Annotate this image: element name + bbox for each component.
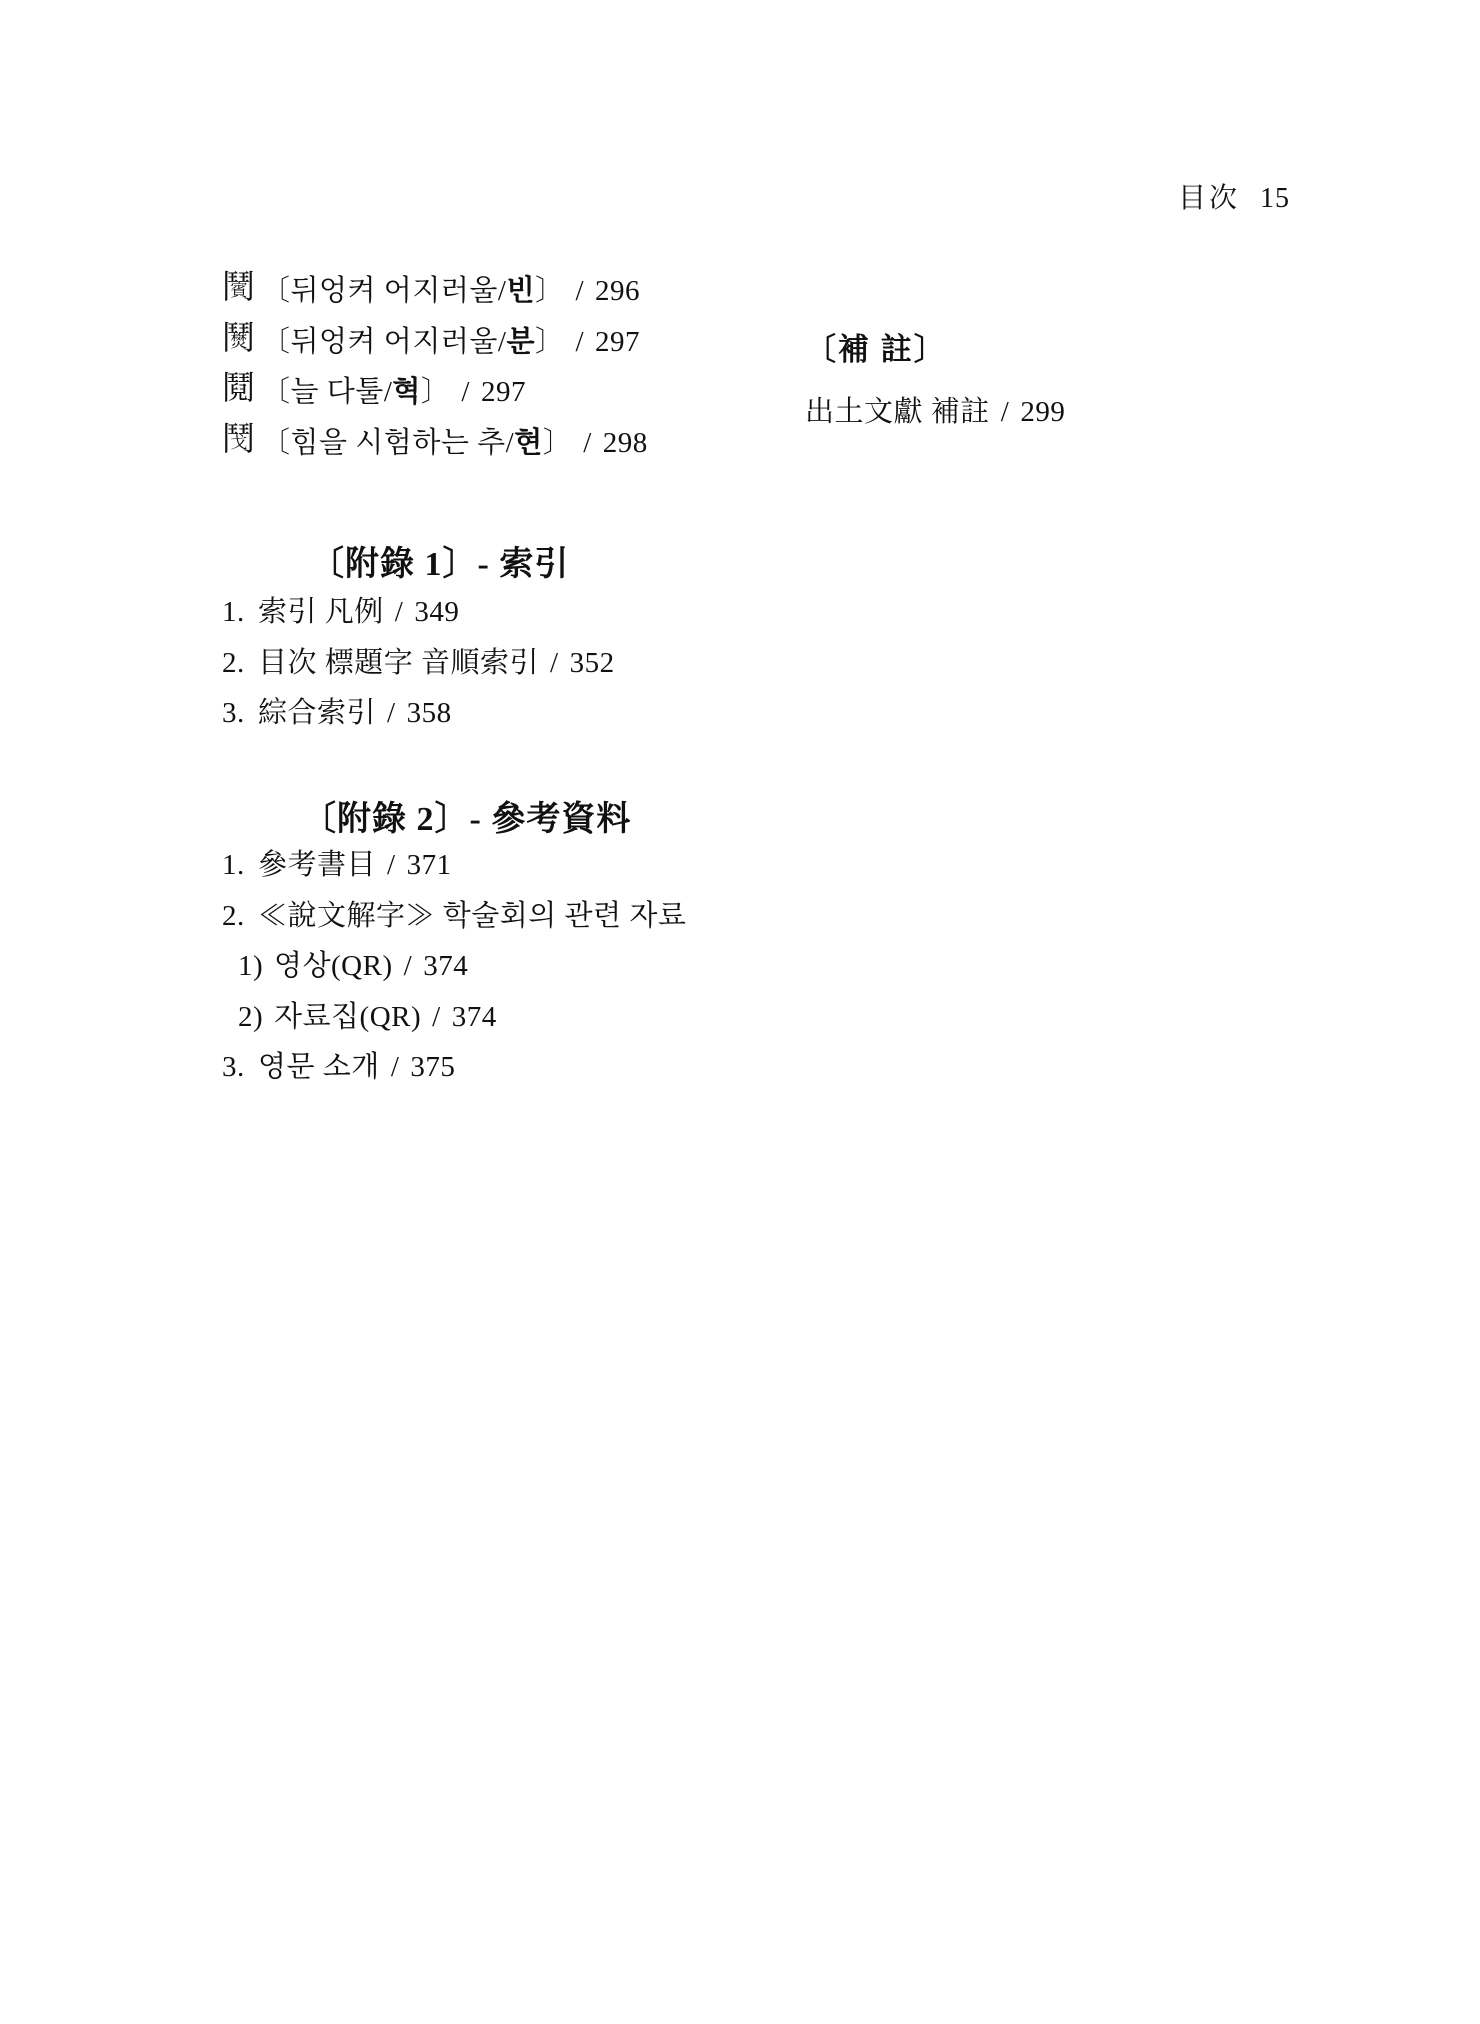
item-title: 目次 標題字 音順索引	[258, 647, 539, 679]
hanja-glyph: 鬥燓	[222, 321, 255, 357]
item-title: 索引 凡例	[258, 596, 384, 628]
radical-entry: 鬥燓〔뒤엉켜 어지러울/분〕/297	[222, 317, 648, 368]
appendix2-list: 1.參考書目/371 2.≪說文解字≫ 학술회의 관련 자료 1)영상(QR)/…	[222, 840, 686, 1093]
header-section-title: 目次	[1178, 183, 1240, 214]
list-subitem: 2)자료집(QR)/374	[222, 992, 686, 1043]
gloss: 뒤엉켜 어지러울	[291, 275, 498, 307]
item-title: ≪說文解字≫ 학술회의 관련 자료	[258, 900, 686, 932]
page-number: 371	[407, 849, 452, 881]
item-number: 1.	[222, 840, 258, 891]
reading: 혁	[392, 376, 421, 408]
radical-entry-list: 鬥賓〔뒤엉켜 어지러울/빈〕/296 鬥燓〔뒤엉켜 어지러울/분〕/297 鬩〔…	[222, 266, 648, 468]
gloss: 늘 다툴	[291, 376, 384, 408]
page-separator: /	[461, 376, 470, 408]
hanja-glyph: 鬥賓	[222, 270, 255, 306]
radical-entry: 鬩〔늘 다툴/혁〕/297	[222, 367, 648, 418]
list-item: 2.目次 標題字 音順索引/352	[222, 638, 615, 689]
list-item: 2.≪說文解字≫ 학술회의 관련 자료	[222, 891, 686, 942]
reading: 현	[514, 427, 543, 459]
reading: 빈	[506, 275, 535, 307]
bracket-open: 〔	[261, 376, 291, 408]
bracket-open: 〔	[261, 326, 291, 358]
bracket-close: 〕	[535, 326, 565, 358]
page-separator: /	[387, 697, 396, 729]
item-number: 1)	[238, 941, 274, 992]
page-header: 目次15	[1178, 176, 1290, 216]
item-number: 1.	[222, 587, 258, 638]
page-separator: /	[550, 647, 559, 679]
list-item: 1.參考書目/371	[222, 840, 686, 891]
list-item: 1.索引 凡例/349	[222, 587, 615, 638]
page-number: 375	[410, 1051, 455, 1083]
appendix1-list: 1.索引 凡例/349 2.目次 標題字 音順索引/352 3.綜合索引/358	[222, 587, 615, 739]
page-separator: /	[583, 427, 592, 459]
radical-entry: 鬥賓〔뒤엉켜 어지러울/빈〕/296	[222, 266, 648, 317]
item-title: 綜合索引	[258, 697, 376, 729]
hanja-glyph: 鬥戈	[222, 422, 255, 458]
page-number: 352	[570, 647, 615, 679]
page-separator: /	[387, 849, 396, 881]
page-number: 296	[595, 275, 640, 307]
gloss: 뒤엉켜 어지러울	[291, 326, 498, 358]
page-separator: /	[575, 275, 584, 307]
page-number: 374	[452, 1001, 497, 1033]
supplement-section: 〔補 註〕 出土文獻 補註/299	[805, 324, 1065, 430]
item-title: 영문 소개	[258, 1051, 380, 1083]
page-number: 358	[407, 697, 452, 729]
item-title: 영상(QR)	[274, 950, 393, 982]
page-number: 297	[595, 326, 640, 358]
page-number: 298	[603, 427, 648, 459]
gloss: 힘을 시험하는 추	[291, 427, 506, 459]
bracket-open: 〔	[261, 427, 291, 459]
reading: 분	[506, 326, 535, 358]
page-number: 299	[1020, 396, 1065, 428]
radical-entry: 鬥戈〔힘을 시험하는 추/현〕/298	[222, 418, 648, 469]
bracket-close: 〕	[535, 275, 565, 307]
supplement-item: 出土文獻 補註/299	[805, 389, 1065, 430]
page-number: 349	[414, 596, 459, 628]
item-title: 參考書目	[258, 849, 376, 881]
list-item: 3.綜合索引/358	[222, 688, 615, 739]
item-title: 자료집(QR)	[274, 1001, 421, 1033]
bracket-close: 〕	[421, 376, 451, 408]
appendix1-heading: 〔附錄 1〕- 索引	[310, 536, 569, 585]
list-item: 3.영문 소개/375	[222, 1042, 686, 1093]
item-number: 2.	[222, 638, 258, 689]
gloss-slash: /	[506, 427, 515, 459]
header-page-number: 15	[1260, 183, 1290, 214]
appendix2-heading: 〔附錄 2〕- 參考資料	[302, 791, 631, 840]
item-number: 2.	[222, 891, 258, 942]
page-number: 297	[481, 376, 526, 408]
list-subitem: 1)영상(QR)/374	[222, 941, 686, 992]
item-number: 3.	[222, 688, 258, 739]
item-number: 3.	[222, 1042, 258, 1093]
page-separator: /	[395, 596, 404, 628]
page-separator: /	[391, 1051, 400, 1083]
page-separator: /	[1001, 396, 1010, 428]
page-separator: /	[575, 326, 584, 358]
supplement-heading: 〔補 註〕	[805, 324, 1065, 369]
page-separator: /	[404, 950, 413, 982]
supplement-item-title: 出土文獻 補註	[805, 396, 990, 428]
page-separator: /	[432, 1001, 441, 1033]
item-number: 2)	[238, 992, 274, 1043]
bracket-close: 〕	[543, 427, 573, 459]
page-number: 374	[423, 950, 468, 982]
hanja-glyph: 鬩	[222, 371, 255, 407]
bracket-open: 〔	[261, 275, 291, 307]
